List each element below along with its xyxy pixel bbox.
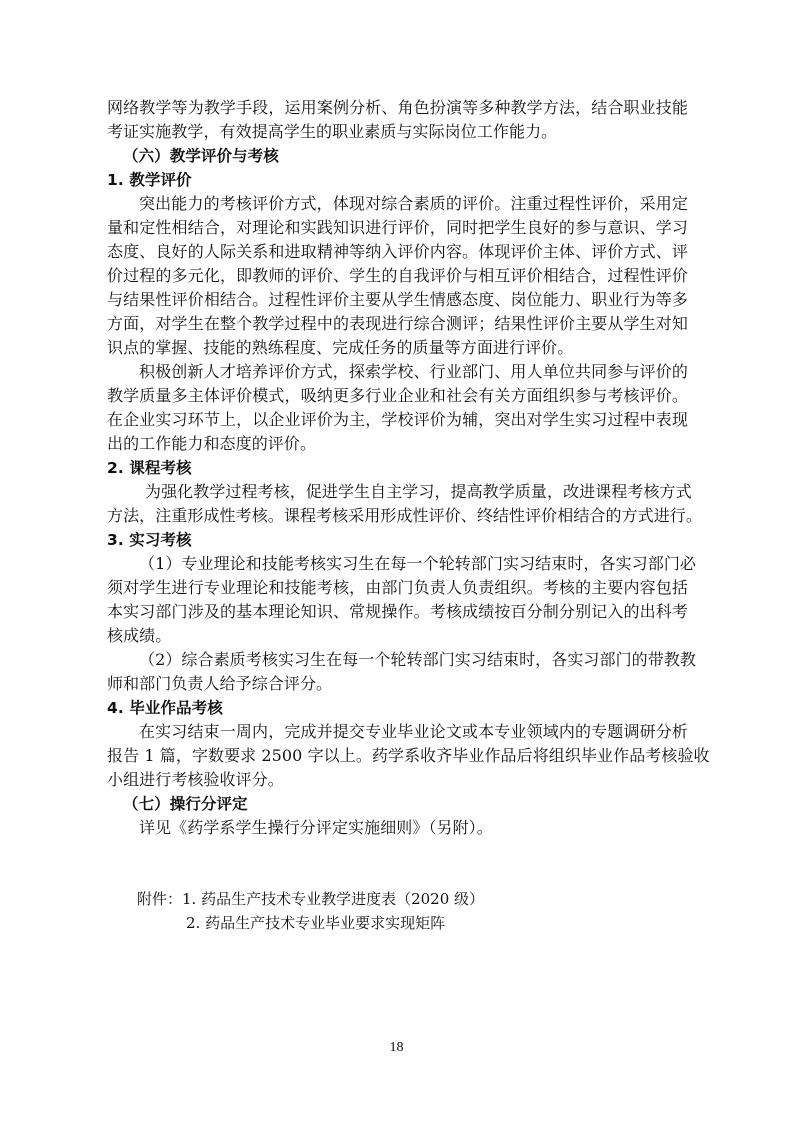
attachment-item-1-text: 1. 药品生产技术专业教学进度表（2020 级） — [182, 890, 484, 908]
paragraph-line: 量和定性相结合，对理论和实践知识进行评价，同时把学生良好的参与意识、学习 — [107, 216, 688, 240]
attachment-item-2: 2. 药品生产技术专业毕业要求实现矩阵 — [137, 911, 484, 935]
attachments-block: 附件：1. 药品生产技术专业教学进度表（2020 级） 2. 药品生产技术专业毕… — [137, 887, 484, 935]
paragraph-line: 突出能力的考核评价方式，体现对综合素质的评价。注重过程性评价，采用定 — [107, 192, 688, 216]
paragraph-line: （2）综合素质考核实习生在每一个轮转部门实习结束时，各实习部门的带教教 — [107, 648, 688, 672]
subsection-heading-text: 1. 教学评价 — [107, 171, 192, 189]
paragraph-line: 详见《药学系学生操行分评定实施细则》（另附）。 — [107, 816, 688, 840]
paragraph-line: 价过程的多元化，即教师的评价、学生的自我评价与相互评价相结合，过程性评价 — [107, 264, 688, 288]
page-number: 18 — [0, 1040, 793, 1056]
subsection-heading-course-assessment: 2. 课程考核 — [107, 456, 688, 480]
paragraph-line: 报告 1 篇，字数要求 2500 字以上。药学系收齐毕业作品后将组织毕业作品考核… — [107, 744, 688, 768]
paragraph-line: 在实习结束一周内，完成并提交专业毕业论文或本专业领域内的专题调研分析 — [107, 720, 688, 744]
attachments-label: 附件： — [137, 890, 182, 908]
paragraph-line: 态度、良好的人际关系和进取精神等纳入评价内容。体现评价主体、评价方式、评 — [107, 240, 688, 264]
paragraph-line: 教学质量多主体评价模式，吸纳更多行业企业和社会有关方面组织参与考核评价。 — [107, 384, 688, 408]
paragraph-line: 核成绩。 — [107, 624, 688, 648]
paragraph-line: 本实习部门涉及的基本理论知识、常规操作。考核成绩按百分制分别记入的出科考 — [107, 600, 688, 624]
document-body: 网络教学等为教学手段，运用案例分析、角色扮演等多种教学方法，结合职业技能 考证实… — [107, 96, 688, 840]
subsection-heading-teaching-evaluation: 1. 教学评价 — [107, 168, 688, 192]
paragraph-line: （1）专业理论和技能考核实习生在每一个轮转部门实习结束时，各实习部门必 — [107, 552, 688, 576]
section-heading-6: （六）教学评价与考核 — [107, 144, 688, 168]
paragraph-line: 与结果性评价相结合。过程性评价主要从学生情感态度、岗位能力、职业行为等多 — [107, 288, 688, 312]
paragraph-line: 师和部门负责人给予综合评分。 — [107, 672, 688, 696]
paragraph-line: 考证实施教学，有效提高学生的职业素质与实际岗位工作能力。 — [107, 120, 688, 144]
paragraph-line: 须对学生进行专业理论和技能考核，由部门负责人负责组织。考核的主要内容包括 — [107, 576, 688, 600]
section-heading-7: （七）操行分评定 — [107, 792, 688, 816]
attachment-item-1: 附件：1. 药品生产技术专业教学进度表（2020 级） — [137, 887, 484, 911]
paragraph-line: 识点的掌握、技能的熟练程度、完成任务的质量等方面进行评价。 — [107, 336, 688, 360]
paragraph-line: 积极创新人才培养评价方式，探索学校、行业部门、用人单位共同参与评价的 — [107, 360, 688, 384]
paragraph-line: 方面，对学生在整个教学过程中的表现进行综合测评；结果性评价主要从学生对知 — [107, 312, 688, 336]
paragraph-line: 方法，注重形成性考核。课程考核采用形成性评价、终结性评价相结合的方式进行。 — [107, 504, 688, 528]
paragraph-line: 出的工作能力和态度的评价。 — [107, 432, 688, 456]
subsection-heading-internship-assessment: 3. 实习考核 — [107, 528, 688, 552]
paragraph-line: 小组进行考核验收评分。 — [107, 768, 688, 792]
paragraph-line: 网络教学等为教学手段，运用案例分析、角色扮演等多种教学方法，结合职业技能 — [107, 96, 688, 120]
paragraph-line: 在企业实习环节上，以企业评价为主，学校评价为辅，突出对学生实习过程中表现 — [107, 408, 688, 432]
paragraph-line: 为强化教学过程考核，促进学生自主学习，提高教学质量，改进课程考核方式 — [107, 480, 688, 504]
subsection-heading-graduation-work: 4. 毕业作品考核 — [107, 696, 688, 720]
